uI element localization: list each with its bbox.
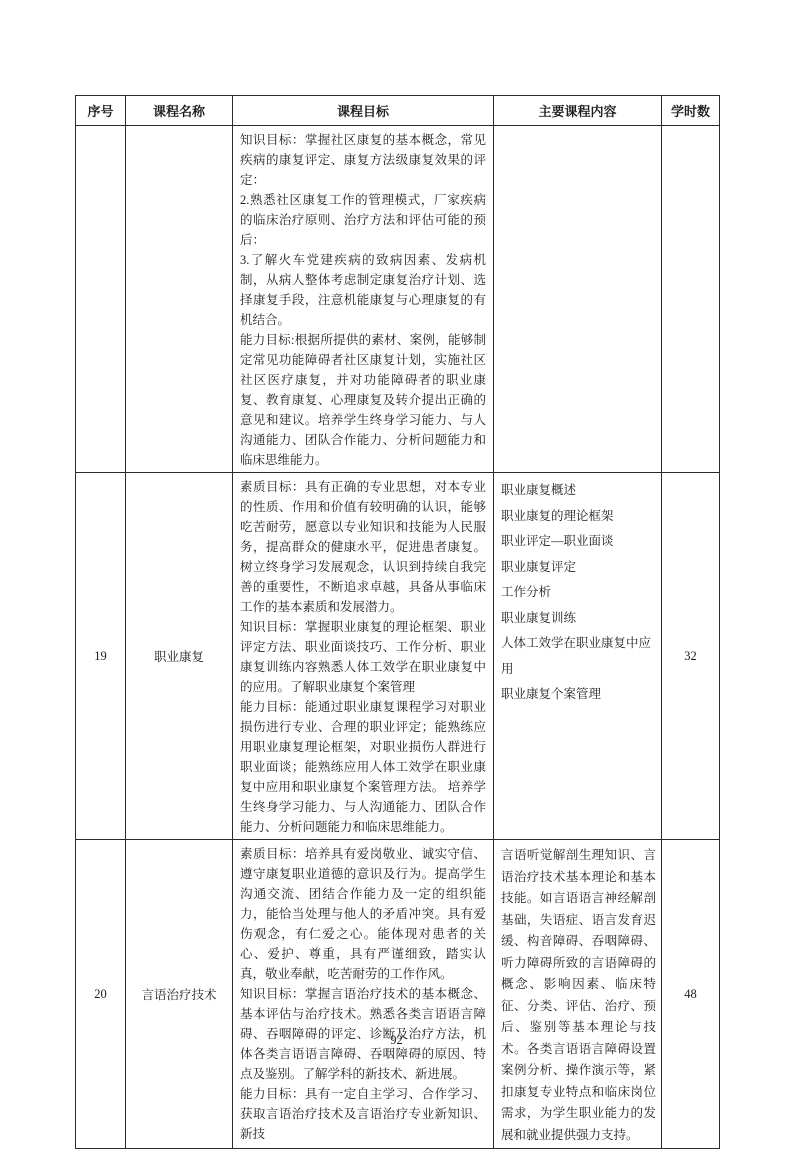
cell-main-content — [494, 126, 662, 473]
content-line: 工作分析 — [501, 580, 656, 606]
objective-paragraph: 能力目标：能通过职业康复课程学习对职业损伤进行专业、合理的职业评定；能熟练应用职… — [240, 697, 486, 837]
cell-seq: 19 — [76, 473, 126, 840]
cell-course-name — [126, 126, 233, 473]
objective-paragraph: 知识目标：掌握社区康复的基本概念，常见疾病的康复评定、康复方法级康复效果的评定： — [240, 130, 486, 190]
content-line: 职业康复训练 — [501, 606, 656, 632]
table-row-continuation: 知识目标：掌握社区康复的基本概念，常见疾病的康复评定、康复方法级康复效果的评定：… — [76, 126, 720, 473]
cell-objectives: 知识目标：掌握社区康复的基本概念，常见疾病的康复评定、康复方法级康复效果的评定：… — [233, 126, 494, 473]
cell-seq — [76, 126, 126, 473]
page-number: 92 — [0, 1033, 793, 1048]
content-line: 人体工效学在职业康复中应用 — [501, 631, 656, 682]
cell-seq: 20 — [76, 840, 126, 1149]
objective-paragraph: 2.熟悉社区康复工作的管理模式，厂家疾病的临床治疗原则、治疗方法和评估可能的预后… — [240, 190, 486, 250]
cell-hours: 48 — [662, 840, 720, 1149]
header-course-name: 课程名称 — [126, 96, 233, 126]
cell-main-content: 职业康复概述 职业康复的理论框架 职业评定—职业面谈 职业康复评定 工作分析 职… — [494, 473, 662, 840]
content-line: 职业评定—职业面谈 — [501, 529, 656, 555]
table-row-20: 20 言语治疗技术 素质目标：培养具有爱岗敬业、诚实守信、遵守康复职业道德的意识… — [76, 840, 720, 1149]
table-header-row: 序号 课程名称 课程目标 主要课程内容 学时数 — [76, 96, 720, 126]
header-hours: 学时数 — [662, 96, 720, 126]
content-paragraph: 言语听觉解剖生理知识、言语治疗技术基本理论和基本技能。如言语语言神经解剖基础，失… — [501, 845, 656, 1146]
objective-paragraph: 素质目标：具有正确的专业思想，对本专业的性质、作用和价值有较明确的认识，能够吃苦… — [240, 477, 486, 617]
cell-objectives: 素质目标：培养具有爱岗敬业、诚实守信、遵守康复职业道德的意识及行为。提高学生沟通… — [233, 840, 494, 1149]
objective-paragraph: 素质目标：培养具有爱岗敬业、诚实守信、遵守康复职业道德的意识及行为。提高学生沟通… — [240, 844, 486, 984]
header-main-content: 主要课程内容 — [494, 96, 662, 126]
content-line: 职业康复的理论框架 — [501, 504, 656, 530]
course-table-container: 序号 课程名称 课程目标 主要课程内容 学时数 知识目标：掌握社区康复的基本概念… — [75, 95, 719, 1149]
objective-paragraph: 能力目标：具有一定自主学习、合作学习、获取言语治疗技术及言语治疗专业新知识、新技 — [240, 1084, 486, 1144]
content-line: 职业康复概述 — [501, 478, 656, 504]
objective-paragraph: 3.了解火车党建疾病的致病因素、发病机制，从病人整体考虑制定康复治疗计划、选择康… — [240, 250, 486, 330]
table-row-19: 19 职业康复 素质目标：具有正确的专业思想，对本专业的性质、作用和价值有较明确… — [76, 473, 720, 840]
objective-paragraph: 能力目标:根据所提供的素材、案例，能够制定常见功能障碍者社区康复计划，实施社区社… — [240, 330, 486, 470]
content-line: 职业康复个案管理 — [501, 682, 656, 708]
header-course-objectives: 课程目标 — [233, 96, 494, 126]
course-table: 序号 课程名称 课程目标 主要课程内容 学时数 知识目标：掌握社区康复的基本概念… — [75, 95, 720, 1149]
cell-main-content: 言语听觉解剖生理知识、言语治疗技术基本理论和基本技能。如言语语言神经解剖基础，失… — [494, 840, 662, 1149]
cell-objectives: 素质目标：具有正确的专业思想，对本专业的性质、作用和价值有较明确的认识，能够吃苦… — [233, 473, 494, 840]
cell-course-name: 职业康复 — [126, 473, 233, 840]
content-line: 职业康复评定 — [501, 555, 656, 581]
header-seq: 序号 — [76, 96, 126, 126]
cell-hours — [662, 126, 720, 473]
cell-course-name: 言语治疗技术 — [126, 840, 233, 1149]
objective-paragraph: 知识目标：掌握职业康复的理论框架、职业评定方法、职业面谈技巧、工作分析、职业康复… — [240, 617, 486, 697]
cell-hours: 32 — [662, 473, 720, 840]
